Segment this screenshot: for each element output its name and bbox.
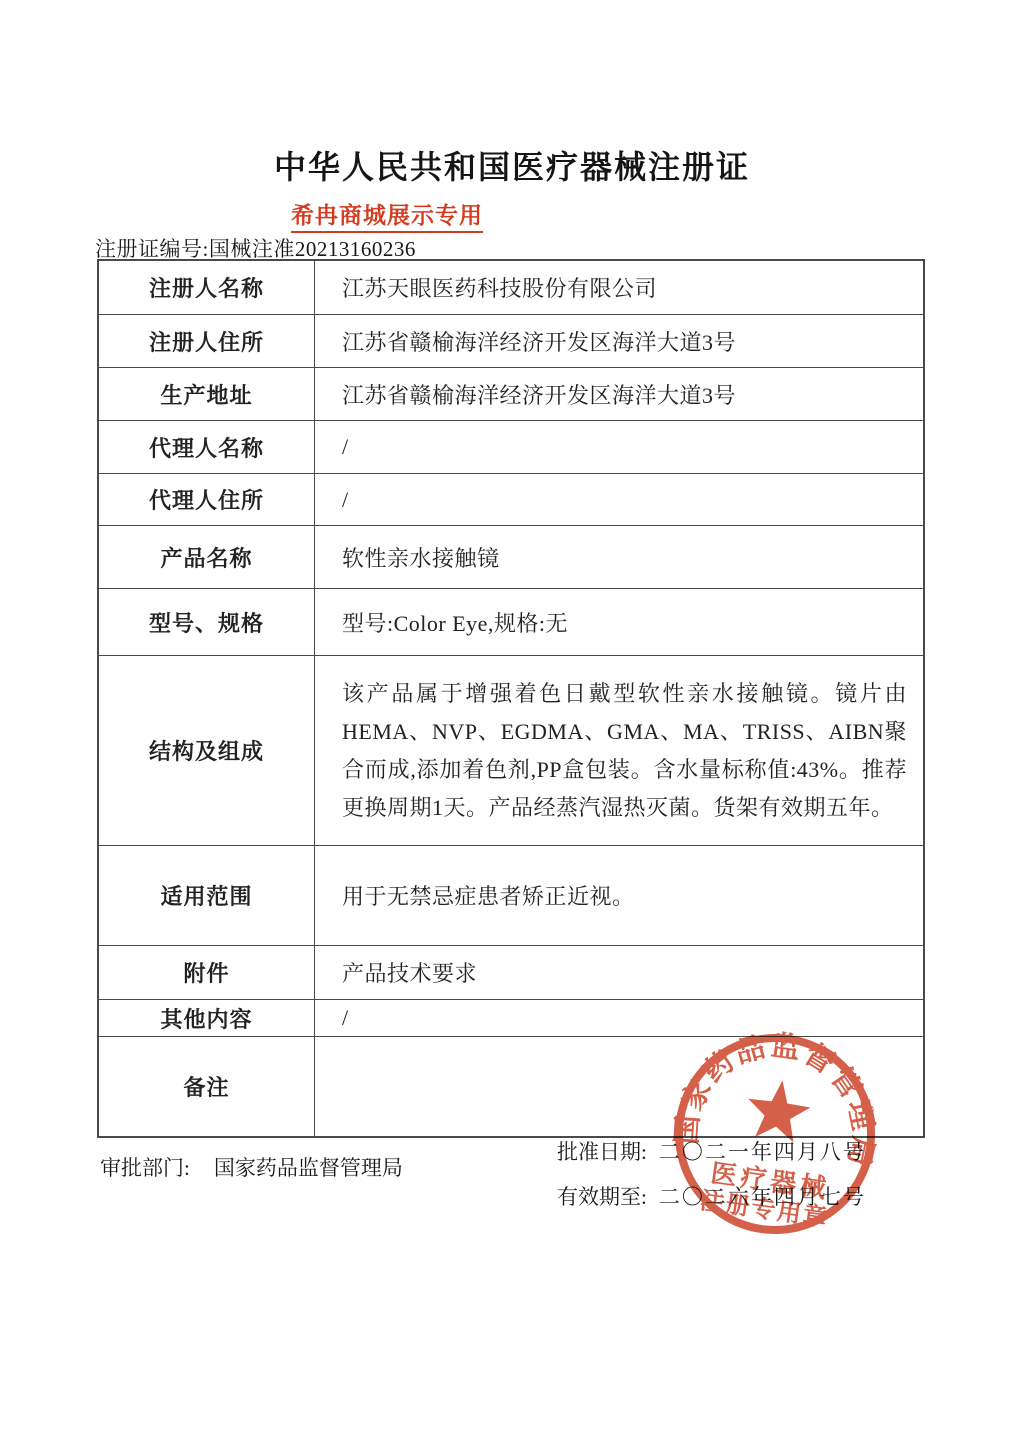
row-value: 该产品属于增强着色日戴型软性亲水接触镜。镜片由HEMA、NVP、EGDMA、GM… [315, 656, 923, 845]
valid-until-label: 有效期至: [557, 1181, 647, 1211]
table-row-remarks: 备注 [99, 1036, 923, 1136]
row-value: / [315, 421, 923, 473]
row-label: 生产地址 [99, 368, 315, 420]
table-row-agent-name: 代理人名称 / [99, 420, 923, 473]
row-value: 型号:Color Eye,规格:无 [315, 589, 923, 655]
table-row-model-spec: 型号、规格 型号:Color Eye,规格:无 [99, 588, 923, 655]
row-label: 适用范围 [99, 846, 315, 945]
certificate-number-label: 注册证编号: [95, 237, 209, 261]
approval-date-label: 批准日期: [557, 1136, 647, 1166]
row-label: 附件 [99, 946, 315, 999]
table-row-registrant-name: 注册人名称 江苏天眼医药科技股份有限公司 [99, 261, 923, 314]
table-row-production-address: 生产地址 江苏省赣榆海洋经济开发区海洋大道3号 [99, 367, 923, 420]
row-label: 结构及组成 [99, 656, 315, 845]
valid-until-value: 二〇二六年四月七号 [659, 1181, 866, 1211]
row-label: 其他内容 [99, 1000, 315, 1036]
store-watermark-text: 希冉商城展示专用 [291, 197, 483, 233]
approval-date: 批准日期:二〇二一年四月八号 [557, 1128, 866, 1173]
row-value: 江苏省赣榆海洋经济开发区海洋大道3号 [315, 368, 923, 420]
table-row-attachment: 附件 产品技术要求 [99, 945, 923, 999]
page-title: 中华人民共和国医疗器械注册证 [0, 142, 1024, 188]
certificate-page: 中华人民共和国医疗器械注册证 希冉商城展示专用 注册证编号:国械注准202131… [0, 0, 1024, 1449]
certificate-number-value: 国械注准20213160236 [209, 237, 416, 261]
row-value: 江苏省赣榆海洋经济开发区海洋大道3号 [315, 315, 923, 367]
row-label: 备注 [99, 1037, 315, 1136]
row-label: 代理人住所 [99, 474, 315, 525]
row-label: 注册人住所 [99, 315, 315, 367]
table-row-agent-address: 代理人住所 / [99, 473, 923, 525]
approval-department-value: 国家药品监督管理局 [214, 1156, 403, 1180]
row-label: 注册人名称 [99, 261, 315, 314]
table-row-scope-of-use: 适用范围 用于无禁忌症患者矫正近视。 [99, 845, 923, 945]
approval-department: 审批部门:国家药品监督管理局 [100, 1152, 403, 1182]
row-value: 用于无禁忌症患者矫正近视。 [315, 846, 923, 945]
table-row-registrant-address: 注册人住所 江苏省赣榆海洋经济开发区海洋大道3号 [99, 314, 923, 367]
row-value [315, 1037, 923, 1136]
table-row-structure-composition: 结构及组成 该产品属于增强着色日戴型软性亲水接触镜。镜片由HEMA、NVP、EG… [99, 655, 923, 845]
row-label: 代理人名称 [99, 421, 315, 473]
approval-department-label: 审批部门: [100, 1156, 190, 1180]
row-value: 产品技术要求 [315, 946, 923, 999]
row-value: 江苏天眼医药科技股份有限公司 [315, 261, 923, 314]
approval-date-value: 二〇二一年四月八号 [659, 1136, 866, 1166]
registration-table: 注册人名称 江苏天眼医药科技股份有限公司 注册人住所 江苏省赣榆海洋经济开发区海… [97, 259, 925, 1138]
dates-block: 批准日期:二〇二一年四月八号 有效期至:二〇二六年四月七号 [557, 1128, 866, 1218]
table-row-product-name: 产品名称 软性亲水接触镜 [99, 525, 923, 588]
row-label: 产品名称 [99, 526, 315, 588]
row-value: 软性亲水接触镜 [315, 526, 923, 588]
row-label: 型号、规格 [99, 589, 315, 655]
table-row-other-content: 其他内容 / [99, 999, 923, 1036]
row-value: / [315, 474, 923, 525]
valid-until-date: 有效期至:二〇二六年四月七号 [557, 1173, 866, 1218]
row-value: / [315, 1000, 923, 1036]
